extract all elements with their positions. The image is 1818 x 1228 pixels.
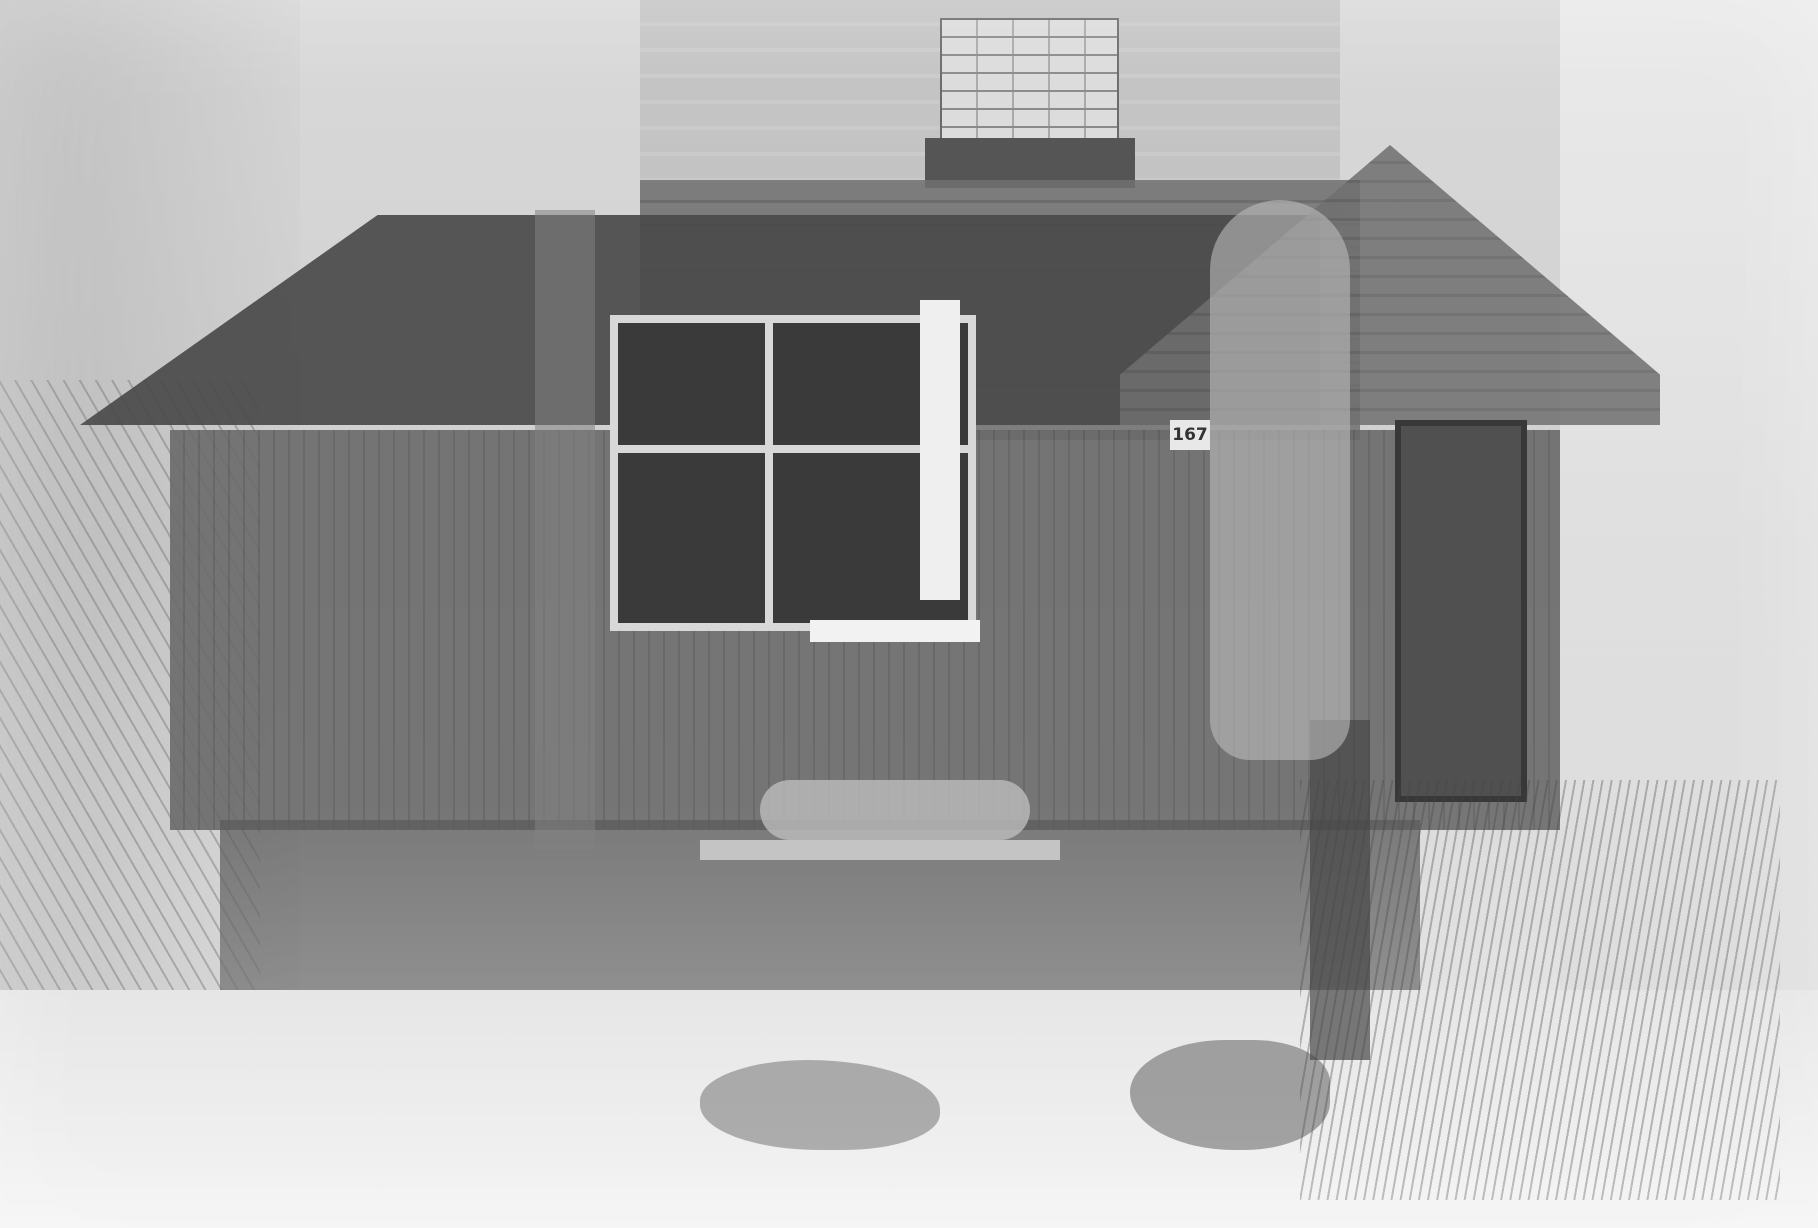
vignette bbox=[0, 0, 1818, 1228]
photograph: 167 bbox=[0, 0, 1818, 1228]
